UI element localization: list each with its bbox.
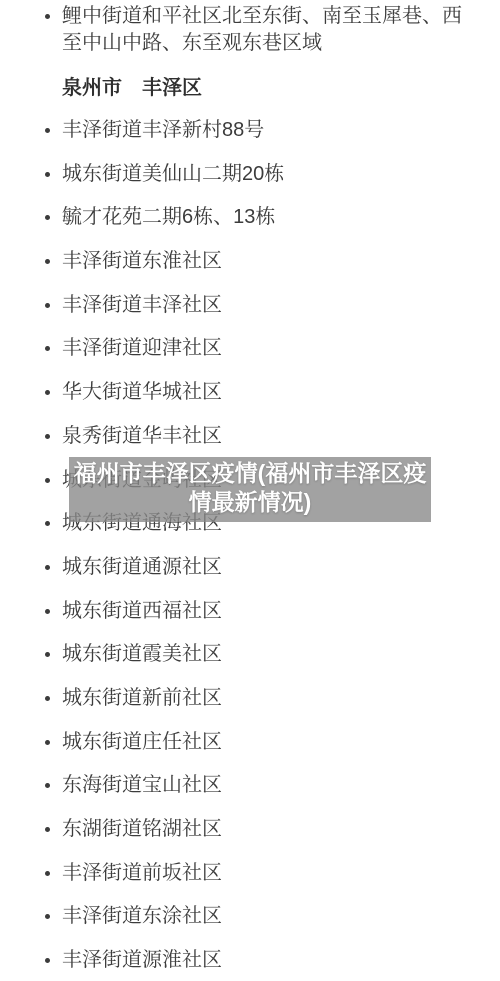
bullet-icon <box>45 521 50 526</box>
list-item: 城东街道美仙山二期20栋 <box>62 161 470 188</box>
list-item-text: 鲤中街道和平社区北至东街、南至玉犀巷、西至中山中路、东至观东巷区域 <box>62 5 462 54</box>
region-list: 丰泽街道丰泽新村88号 城东街道美仙山二期20栋 毓才花苑二期6栋、13栋 丰泽… <box>0 117 500 974</box>
list-item: 东海街道宝山社区 <box>62 772 470 799</box>
list-item: 毓才花苑二期6栋、13栋 <box>62 204 470 231</box>
list-item: 东湖街道铭湖社区 <box>62 816 470 843</box>
list-item: 城东街道西福社区 <box>62 598 470 625</box>
list-item: 城东街道庄任社区 <box>62 729 470 756</box>
list-item: 丰泽街道东淮社区 <box>62 248 470 275</box>
bullet-icon <box>45 740 50 745</box>
list-item-text: 丰泽街道丰泽社区 <box>62 294 222 316</box>
bullet-icon <box>45 14 50 19</box>
intro-region-list: 鲤中街道和平社区北至东街、南至玉犀巷、西至中山中路、东至观东巷区域 <box>0 0 500 57</box>
list-item-text: 丰泽街道东淮社区 <box>62 250 222 272</box>
list-item: 丰泽街道东涂社区 <box>62 903 470 930</box>
list-item: 泉秀街道华丰社区 <box>62 423 470 450</box>
watermark-title: 福州市丰泽区疫情(福州市丰泽区疫情最新情况) <box>69 459 431 517</box>
article-page: 鲤中街道和平社区北至东街、南至玉犀巷、西至中山中路、东至观东巷区域 泉州市 丰泽… <box>0 0 500 981</box>
section-heading: 泉州市 丰泽区 <box>62 76 470 100</box>
list-item-text: 东海街道宝山社区 <box>62 774 222 796</box>
bullet-icon <box>45 434 50 439</box>
list-item: 丰泽街道丰泽社区 <box>62 292 470 319</box>
list-item-text: 城东街道通源社区 <box>62 556 222 578</box>
list-item-text: 城东街道美仙山二期20栋 <box>62 163 284 185</box>
list-item-text: 丰泽街道前坂社区 <box>62 862 222 884</box>
bullet-icon <box>45 303 50 308</box>
list-item: 城东街道新前社区 <box>62 685 470 712</box>
list-item-text: 丰泽街道丰泽新村88号 <box>62 119 264 141</box>
bullet-icon <box>45 783 50 788</box>
bullet-icon <box>45 346 50 351</box>
bullet-icon <box>45 565 50 570</box>
list-item: 华大街道华城社区 <box>62 379 470 406</box>
bullet-icon <box>45 871 50 876</box>
bullet-icon <box>45 652 50 657</box>
list-item-text: 城东街道新前社区 <box>62 687 222 709</box>
bullet-icon <box>45 827 50 832</box>
list-item-text: 城东街道西福社区 <box>62 600 222 622</box>
list-item: 鲤中街道和平社区北至东街、南至玉犀巷、西至中山中路、东至观东巷区域 <box>62 3 470 57</box>
list-item-text: 丰泽街道迎津社区 <box>62 337 222 359</box>
list-item-text: 毓才花苑二期6栋、13栋 <box>62 206 275 228</box>
list-item-text: 丰泽街道东涂社区 <box>62 905 222 927</box>
list-item: 城东街道通源社区 <box>62 554 470 581</box>
list-item-text: 城东街道霞美社区 <box>62 643 222 665</box>
bullet-icon <box>45 128 50 133</box>
watermark-overlay: 福州市丰泽区疫情(福州市丰泽区疫情最新情况) <box>69 457 431 522</box>
bullet-icon <box>45 914 50 919</box>
list-item: 丰泽街道丰泽新村88号 <box>62 117 470 144</box>
list-item: 丰泽街道迎津社区 <box>62 335 470 362</box>
list-item-text: 华大街道华城社区 <box>62 381 222 403</box>
bullet-icon <box>45 259 50 264</box>
list-item-text: 城东街道庄任社区 <box>62 731 222 753</box>
list-item-text: 泉秀街道华丰社区 <box>62 425 222 447</box>
list-item-text: 东湖街道铭湖社区 <box>62 818 222 840</box>
bullet-icon <box>45 696 50 701</box>
list-item: 丰泽街道源淮社区 <box>62 947 470 974</box>
bullet-icon <box>45 958 50 963</box>
bullet-icon <box>45 215 50 220</box>
list-item-text: 丰泽街道源淮社区 <box>62 949 222 971</box>
list-item: 城东街道霞美社区 <box>62 641 470 668</box>
bullet-icon <box>45 478 50 483</box>
list-item: 丰泽街道前坂社区 <box>62 860 470 887</box>
bullet-icon <box>45 609 50 614</box>
bullet-icon <box>45 390 50 395</box>
bullet-icon <box>45 172 50 177</box>
